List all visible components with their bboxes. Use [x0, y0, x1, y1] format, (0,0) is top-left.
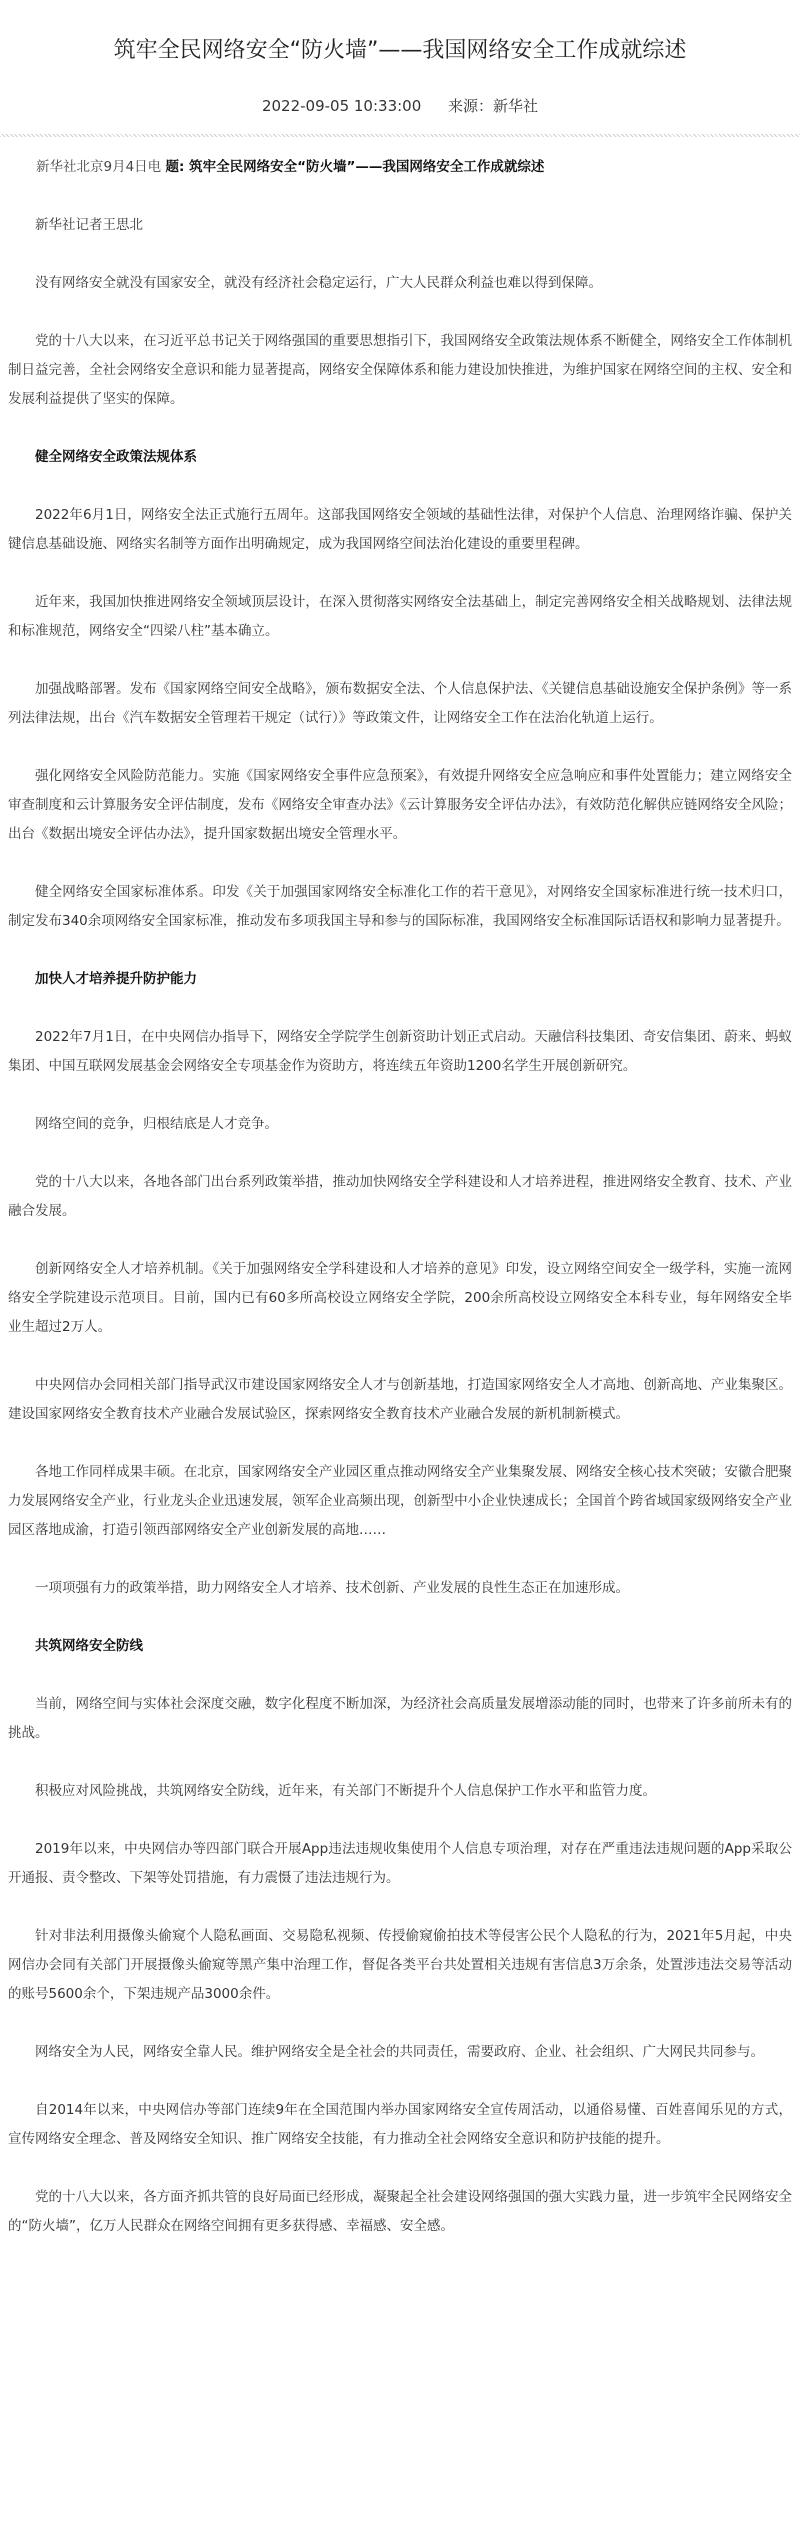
body-paragraph: 自2014年以来，中央网信办等部门连续9年在全国范围内举办国家网络安全宣传周活动…: [8, 2096, 792, 2154]
body-paragraph: 党的十八大以来，在习近平总书记关于网络强国的重要思想指引下，我国网络安全政策法规…: [8, 327, 792, 414]
dateline-headline: 题: 筑牢全民网络安全“防火墙”——我国网络安全工作成就综述: [165, 159, 544, 175]
body-paragraph: 强化网络安全风险防范能力。实施《国家网络安全事件应急预案》，有效提升网络安全应急…: [8, 762, 792, 849]
body-paragraph: 健全网络安全国家标准体系。印发《关于加强国家网络安全标准化工作的若干意见》，对网…: [8, 878, 792, 936]
body-paragraph: 当前，网络空间与实体社会深度交融，数字化程度不断加深，为经济社会高质量发展增添动…: [8, 1690, 792, 1748]
body-paragraph: 党的十八大以来，各地各部门出台系列政策举措，推动加快网络安全学科建设和人才培养进…: [8, 1168, 792, 1226]
section-heading: 加快人才培养提升防护能力: [8, 965, 792, 994]
body-paragraph: 没有网络安全就没有国家安全，就没有经济社会稳定运行，广大人民群众利益也难以得到保…: [8, 269, 792, 298]
section-heading: 健全网络安全政策法规体系: [8, 443, 792, 472]
body-paragraph: 2022年7月1日，在中央网信办指导下，网络安全学院学生创新资助计划正式启动。天…: [8, 1023, 792, 1081]
article-header: 筑牢全民网络安全“防火墙”——我国网络安全工作成就综述 2022-09-05 1…: [0, 0, 800, 116]
dateline-lead: 新华社北京9月4日电: [36, 159, 165, 175]
section-heading: 共筑网络安全防线: [8, 1632, 792, 1661]
publish-datetime: 2022-09-05 10:33:00: [262, 97, 421, 115]
body-paragraph: 网络安全为人民，网络安全靠人民。维护网络安全是全社会的共同责任，需要政府、企业、…: [8, 2038, 792, 2067]
paragraph-list: 新华社记者王思北没有网络安全就没有国家安全，就没有经济社会稳定运行，广大人民群众…: [8, 211, 792, 2241]
article-title: 筑牢全民网络安全“防火墙”——我国网络安全工作成就综述: [0, 36, 800, 66]
article-meta: 2022-09-05 10:33:00 来源：新华社: [0, 96, 800, 116]
body-paragraph: 中央网信办会同相关部门指导武汉市建设国家网络安全人才与创新基地，打造国家网络安全…: [8, 1371, 792, 1429]
body-paragraph: 加强战略部署。发布《国家网络空间安全战略》，颁布数据安全法、个人信息保护法、《关…: [8, 675, 792, 733]
body-paragraph: 一项项强有力的政策举措，助力网络安全人才培养、技术创新、产业发展的良性生态正在加…: [8, 1574, 792, 1603]
byline: 新华社记者王思北: [8, 211, 792, 240]
body-paragraph: 2022年6月1日，网络安全法正式施行五周年。这部我国网络安全领域的基础性法律，…: [8, 501, 792, 559]
body-paragraph: 创新网络安全人才培养机制。《关于加强网络安全学科建设和人才培养的意见》印发，设立…: [8, 1255, 792, 1342]
body-paragraph: 2019年以来，中央网信办等四部门联合开展App违法违规收集使用个人信息专项治理…: [8, 1835, 792, 1893]
body-paragraph: 网络空间的竞争，归根结底是人才竞争。: [8, 1110, 792, 1139]
body-paragraph: 针对非法利用摄像头偷窥个人隐私画面、交易隐私视频、传授偷窥偷拍技术等侵害公民个人…: [8, 1922, 792, 2009]
body-paragraph: 各地工作同样成果丰硕。在北京，国家网络安全产业园区重点推动网络安全产业集聚发展、…: [8, 1458, 792, 1545]
body-paragraph: 近年来，我国加快推进网络安全领域顶层设计，在深入贯彻落实网络安全法基础上，制定完…: [8, 588, 792, 646]
article-source: 来源：新华社: [448, 97, 538, 115]
dateline: 新华社北京9月4日电 题: 筑牢全民网络安全“防火墙”——我国网络安全工作成就综…: [8, 153, 792, 182]
body-paragraph: 积极应对风险挑战，共筑网络安全防线，近年来，有关部门不断提升个人信息保护工作水平…: [8, 1777, 792, 1806]
body-paragraph: 党的十八大以来，各方面齐抓共管的良好局面已经形成，凝聚起全社会建设网络强国的强大…: [8, 2183, 792, 2241]
article-body: 新华社北京9月4日电 题: 筑牢全民网络安全“防火墙”——我国网络安全工作成就综…: [0, 137, 800, 2310]
